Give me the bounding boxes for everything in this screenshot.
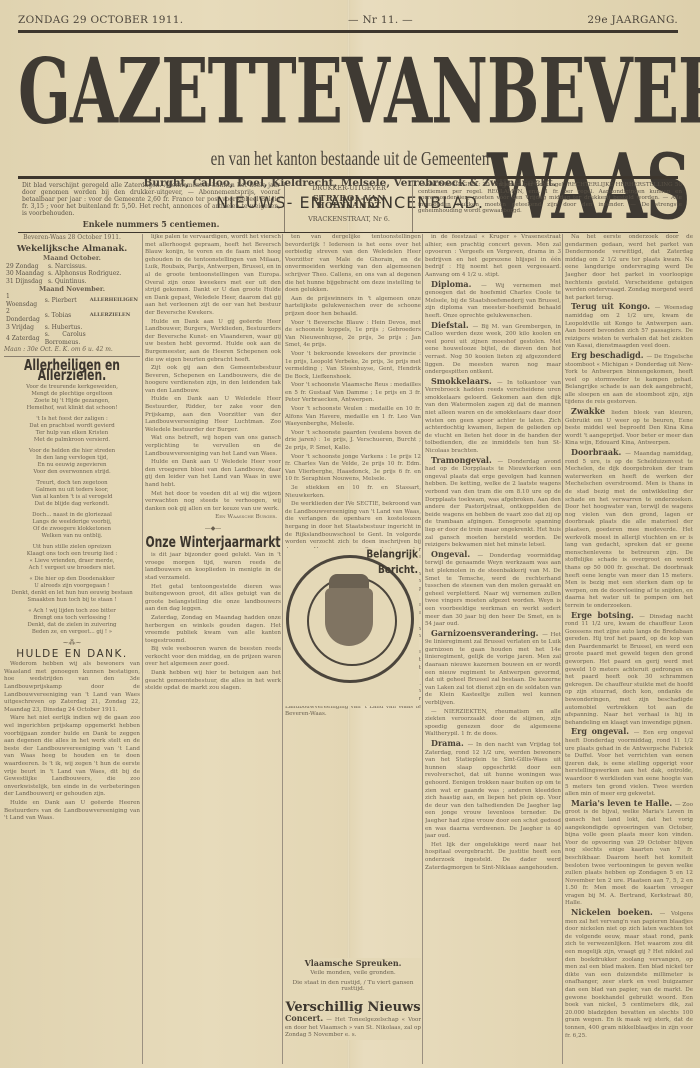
issue-date: ZONDAG 29 OCTOBER 1911.	[18, 14, 183, 26]
column-divider	[142, 234, 143, 1064]
paragraph: Hulde en Dank aan U Weledele Heer Bestuu…	[145, 396, 281, 434]
almanac-saint: s. Carolus Borromeus.	[43, 331, 88, 346]
article-continuation: lijke palen te vervaardigen, wordt het v…	[145, 234, 281, 513]
news-item: in de feestzaal « Kruger » Vrasenestraat…	[425, 234, 561, 280]
almanac-october-table: 29 Zondags. Narcissus.30 Maandags. Alpho…	[4, 263, 123, 286]
news-item: Het lijk der ongelukkige werd naar het h…	[425, 842, 561, 872]
news-item: Ongeval. — Donderdag voormiddag terwijl …	[425, 551, 561, 629]
subscription-text: Dit blad verschijnt geregeld alle Zaterd…	[22, 182, 280, 217]
paragraph: Aan de prijswinners in 't algemeen onze …	[285, 296, 421, 319]
almanac-november-table: 1 Woensdags. PierbertALLERHEILIGEN2 Dond…	[4, 293, 140, 346]
column-1: Beveren-Waas 28 October 1911. Wekelijksc…	[4, 234, 140, 1064]
paragraph: Voor 't schoonste paarden (veulens boven…	[285, 430, 421, 453]
almanac-feast: ALLERHEILIGEN	[88, 293, 140, 308]
almanac-month-november: Maand November.	[4, 286, 140, 294]
almanac-day: 2 Donderdag	[4, 308, 43, 323]
subscription-info: Dit blad verschijnt geregeld alle Zaterd…	[22, 182, 285, 232]
column-divider	[422, 234, 423, 1064]
paragraph: Hulde en Dank aan U geëerde Heeren Bestu…	[4, 800, 140, 823]
printer-info: DRUKKER-UITGEVER STRYBOL-VAN HOEYLANDT V…	[286, 182, 413, 232]
divider-rule	[18, 30, 678, 33]
paragraph: lijke palen te vervaardigen, wordt het v…	[145, 234, 281, 318]
almanac-saint: s. Alphonsus Rodriguez.	[46, 270, 123, 278]
poem-stanza: « Ach ! wij lijden toch zoo bitterBrengt…	[4, 608, 140, 636]
almanac-feast	[88, 331, 140, 346]
news-item: Terug uit Kongo. — Woensdag namiddag om …	[565, 303, 693, 351]
news-item: Erge botsing. — Dinsdag nacht rond 11 1/…	[565, 612, 693, 728]
column-divider	[562, 234, 563, 1064]
column-2: lijke palen te vervaardigen, wordt het v…	[145, 234, 281, 1064]
news-heading: Diefstal.	[431, 320, 473, 330]
paragraph: Wat ons betreft, wij hopen van ons gansc…	[145, 435, 281, 458]
news-heading: Erg beschadigd.	[571, 350, 646, 360]
news-heading: Smokkelaars.	[431, 376, 497, 386]
ornament: ~⁂~	[4, 640, 140, 648]
poem-stanza: Doch... naast in de gloriezaalLangs de w…	[4, 512, 140, 540]
notice-title: Belangrijk Bericht.	[362, 548, 418, 579]
issue-number: — Nr 11. —	[348, 14, 413, 26]
almanac-title: Wekelijksche Almanak.	[4, 246, 140, 254]
almanac-day: 3 Vrijdag	[4, 324, 43, 332]
almanac-saint: s. Tobias	[43, 308, 88, 323]
paragraph: Voor 't Beversche Blauw : Hein Devos, me…	[285, 320, 421, 350]
issue-line: ZONDAG 29 OCTOBER 1911. — Nr 11. — 29e J…	[18, 14, 678, 30]
news-items: in de feestzaal « Kruger » Vrasenestraat…	[425, 234, 561, 872]
poem-stanza: 't Is het feest der zaligen :Dat en prac…	[4, 416, 140, 444]
advertising-info: AANKONDIGINGEN : 20 centiemen per drukre…	[418, 182, 682, 232]
news-item: Maria's leven te Halle. — Zoo groot is d…	[565, 800, 693, 908]
paragraph: 3e stiekken en 10 fr. en Stassart, Nieuw…	[285, 485, 421, 500]
ornament: —◆—	[145, 525, 281, 533]
poem: Voor de treurende kerkgeweiden,Mengt de …	[4, 384, 140, 636]
printer-label: DRUKKER-UITGEVER	[286, 185, 412, 192]
paragraph: Het getal tentoongestelde dieren was bui…	[145, 584, 281, 614]
almanac-saint: s. Hubertus.	[43, 324, 88, 332]
proverbs-title: Vlaamsche Spreuken.	[285, 958, 421, 968]
paragraph: Ware het niet eerlijk indien wij de gaan…	[4, 715, 140, 799]
news-heading: Diploma.	[431, 279, 481, 289]
news-heading: Garnizoensverandering.	[431, 628, 542, 638]
divider-rule	[18, 176, 678, 179]
divider-rule	[18, 232, 678, 233]
paragraph: Bij vele veeboeren waren de beesten reed…	[145, 646, 281, 669]
market-title: Onze Winterjaarmarkt	[145, 538, 281, 547]
column-5: Na het eerste onderzoek door de gendarme…	[565, 234, 693, 1064]
article-signature: Een Waassche Burger.	[145, 514, 281, 522]
news-item: Diploma. — Wij vernemen met genoegen dat…	[425, 281, 561, 321]
almanac-row: 4 Zaterdags. Carolus Borromeus.	[4, 331, 140, 346]
almanac-saint: s. Pierbert	[43, 293, 88, 308]
poem-stanza: Uit hun stille zielen opreizenKlaagt ons…	[4, 544, 140, 572]
news-heading: Doorbraak.	[571, 447, 625, 457]
market-article: is dit jaar bijzonder goed gelukt. Van i…	[145, 552, 281, 693]
news-item: Zwakke lieden bleek van kleuren, Gebruik…	[565, 408, 693, 448]
hulde-title: HULDE EN DANK.	[4, 651, 140, 659]
news-item: — NIERZIEKTEN, rheumatism en alle ziekte…	[425, 709, 561, 739]
poem-stanza: Voor de helden die hier stredenIn den la…	[4, 448, 140, 476]
paragraph: Zijt ook gij aan den Gemeentebestuur Bev…	[145, 365, 281, 395]
news-heading: Nickelen boeken.	[571, 907, 660, 917]
almanac-row: 29 Zondags. Narcissus.	[4, 263, 123, 271]
dateline: Beveren-Waas 28 October 1911.	[4, 234, 140, 242]
news-item: Tramongeval. — Donderdag avond had op de…	[425, 457, 561, 550]
almanac-feast: ALLERZIELEN	[88, 308, 140, 323]
poem-stanza: Treurt, doch ten zegetoonGalmen nu uit t…	[4, 480, 140, 508]
news-heading: Drama.	[431, 738, 468, 748]
news-item: Smokkelaars. — In tolkantoor van Verrebr…	[425, 378, 561, 456]
news-item: Garnizoensverandering. — Het 9e liniereg…	[425, 630, 561, 708]
paragraph: Met het door te voeden dit al wij die wi…	[145, 491, 281, 514]
masthead-subtitle: en van het kanton bestaande uit de Gemee…	[0, 149, 700, 171]
column-4: in de feestzaal « Kruger » Vrasenestraat…	[425, 234, 561, 1064]
paragraph: Voor 't schoonste jonge Varkens : 1e pri…	[285, 454, 421, 484]
almanac-feast	[88, 324, 140, 332]
news-heading: Zwakke	[571, 406, 611, 416]
almanac-row: 3 Vrijdags. Hubertus.	[4, 324, 140, 332]
single-issue-price: Enkele nummers 5 centiemen.	[22, 221, 280, 228]
news-item: Erg ongeval. — Een erg ongeval heeft Don…	[565, 728, 693, 798]
almanac-row: 2 Donderdags. TobiasALLERZIELEN	[4, 308, 140, 323]
paragraph: Voor 't bekroonde kweekers der provincie…	[285, 351, 421, 381]
news-item: Drama. — In den nacht van Vrijdag tot Za…	[425, 740, 561, 841]
almanac-saint: s. Narcissus.	[46, 263, 123, 271]
news-heading: Maria's leven te Halle.	[571, 798, 675, 808]
almanac-day: 1 Woensdag	[4, 293, 43, 308]
paragraph: Hulde en Dank aan U Weledele Heer voor d…	[145, 459, 281, 489]
column-divider	[282, 234, 283, 1064]
news-item: Nickelen boeken. — Volgens men zal het v…	[565, 909, 693, 1040]
news-heading: Erge botsing.	[571, 610, 639, 620]
news-item: Diefstal. — Bij M. van Grembergen, in Ca…	[425, 322, 561, 377]
news-item: Doorbraak. — Maandag namiddag, rond 5 ur…	[565, 449, 693, 610]
proverb: Veile monden, veile gronden.	[285, 970, 421, 976]
paragraph: Voor 't schoonste Vlaamsche Reus : medai…	[285, 382, 421, 405]
almanac-month-october: Maand October.	[4, 255, 140, 263]
paragraph: Zaterdag, Zondag en Maandag hadden onze …	[145, 615, 281, 645]
almanac-day: 4 Zaterdag	[4, 331, 43, 346]
paragraph: is dit jaar bijzonder goed gelukt. Van i…	[145, 552, 281, 582]
almanac-day: 29 Zondag	[4, 263, 46, 271]
almanac-row: 30 Maandags. Alphonsus Rodriguez.	[4, 270, 123, 278]
news-heading: Terug uit Kongo.	[571, 301, 655, 311]
news-heading: Tramongeval.	[431, 455, 497, 465]
paragraph: ten van dergelijke tentoonstellingen bev…	[285, 234, 421, 295]
paragraph: Hulde en Dank aan U gij geëerde Heer Lan…	[145, 319, 281, 365]
paragraph: Dank hebben wij hier te betuigen aan het…	[145, 670, 281, 693]
news-heading: Ongeval.	[431, 549, 477, 559]
concert-heading: Concert.	[285, 1013, 323, 1023]
paragraph: Voor 't schoonste Veulen : medaille en 1…	[285, 406, 421, 429]
printer-address: VRACKENSTRAAT, Nr 6.	[286, 216, 412, 223]
poem-stanza: « Die hier op den DoodenakkerU alreeds z…	[4, 576, 140, 604]
hulde-article: Wederom hebben wij als bewoners van Waas…	[4, 661, 140, 822]
almanac-day: 30 Maandag	[4, 270, 46, 278]
news-item: Erg beschadigd. — De Engelsche stoomboot…	[565, 352, 693, 407]
poem-stanza: Voor de treurende kerkgeweiden,Mengt de …	[4, 384, 140, 412]
printer-name: STRYBOL-VAN HOEYLANDT	[286, 196, 412, 210]
issue-volume: 29e JAARGANG.	[587, 14, 678, 26]
proverb: Die staat in den rustijd, / Tu viert gan…	[285, 980, 421, 992]
news-item: Na het eerste onderzoek door de gendarme…	[565, 234, 693, 302]
news-heading: Erg ongeval.	[571, 726, 634, 736]
almanac-row: 1 Woensdags. PierbertALLERHEILIGEN	[4, 293, 140, 308]
paragraph: Wederom hebben wij als bewoners van Waas…	[4, 661, 140, 714]
news-items: Na het eerste onderzoek door de gendarme…	[565, 234, 693, 1040]
poem-title: Allerheiligen en Allerzielen.	[4, 361, 140, 380]
proverbs-section: Vlaamsche Spreuken. Veile monden, veile …	[285, 958, 421, 1040]
